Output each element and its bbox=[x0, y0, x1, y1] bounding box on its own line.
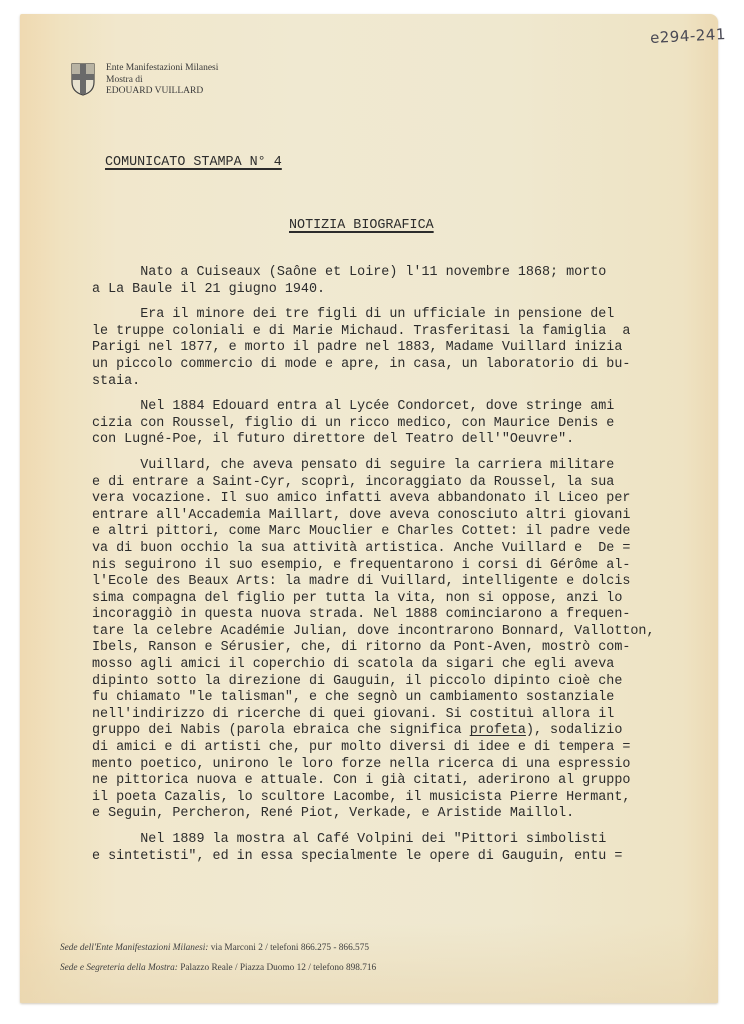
text-line: entrare all'Accademia Maillart, dove ave… bbox=[92, 508, 655, 525]
text-line: mosso agli amici il coperchio di scatola… bbox=[92, 657, 655, 674]
text-line: e di entrare a Saint-Cyr, scoprì, incora… bbox=[92, 475, 655, 492]
text-line: mento poetico, unirono le loro forze nel… bbox=[92, 757, 655, 774]
text-line: vera vocazione. Il suo amico infatti ave… bbox=[92, 491, 655, 508]
paragraph: Era il minore dei tre figli di un uffici… bbox=[92, 307, 655, 390]
footer-line-mostra: Sede e Segreteria della Mostra: Palazzo … bbox=[60, 963, 376, 973]
text-line: sima compagna del figlio per tutta la vi… bbox=[92, 591, 655, 608]
footer-line-ente: Sede dell'Ente Manifestazioni Milanesi: … bbox=[60, 943, 369, 953]
paragraph: Nato a Cuiseaux (Saône et Loire) l'11 no… bbox=[92, 265, 655, 298]
underlined-term: profeta bbox=[470, 723, 526, 738]
paragraph: Nel 1884 Edouard entra al Lycée Condorce… bbox=[92, 399, 655, 449]
text-line: Parigi nel 1877, e morto il padre nel 18… bbox=[92, 340, 655, 357]
text-line: e sintetisti", ed in essa specialmente l… bbox=[92, 849, 655, 866]
text-line: fu chiamato "le talisman", e che segnò u… bbox=[92, 690, 655, 707]
text-line: tare la celebre Académie Julian, dove in… bbox=[92, 624, 655, 641]
text-line: incoraggiò in questa nuova strada. Nel 1… bbox=[92, 607, 655, 624]
text-line: Vuillard, che aveva pensato di seguire l… bbox=[92, 458, 655, 475]
text-line: di amici e di artisti che, pur molto div… bbox=[92, 740, 655, 757]
letterhead-artist: EDOUARD VUILLARD bbox=[106, 86, 218, 98]
text-line: l'Ecole des Beaux Arts: la madre di Vuil… bbox=[92, 574, 655, 591]
shield-cross-icon bbox=[70, 62, 96, 96]
paragraph: Nel 1889 la mostra al Café Volpini dei "… bbox=[92, 832, 655, 865]
text-line: Nato a Cuiseaux (Saône et Loire) l'11 no… bbox=[92, 265, 655, 282]
paragraph: Vuillard, che aveva pensato di seguire l… bbox=[92, 458, 655, 823]
footer-label: Sede dell'Ente Manifestazioni Milanesi: bbox=[60, 943, 208, 953]
text-line: Nel 1884 Edouard entra al Lycée Condorce… bbox=[92, 399, 655, 416]
text-line: con Lugné-Poe, il futuro direttore del T… bbox=[92, 432, 655, 449]
text-line: nell'indirizzo di ricerche di quei giova… bbox=[92, 707, 655, 724]
text-line: un piccolo commercio di mode e apre, in … bbox=[92, 357, 655, 374]
text-line: ne pittorica nuova e attuale. Con i già … bbox=[92, 773, 655, 790]
footer-text: Palazzo Reale / Piazza Duomo 12 / telefo… bbox=[178, 963, 376, 973]
text-line: Ibels, Ranson e Sérusier, che, di ritorn… bbox=[92, 640, 655, 657]
text-line: gruppo dei Nabis (parola ebraica che sig… bbox=[92, 723, 655, 740]
letterhead: Ente Manifestazioni Milanesi Mostra di E… bbox=[106, 63, 218, 98]
footer-label: Sede e Segreteria della Mostra: bbox=[60, 963, 178, 973]
letterhead-subtitle: Mostra di bbox=[106, 75, 218, 87]
text-line: il poeta Cazalis, lo scultore Lacombe, i… bbox=[92, 790, 655, 807]
footer-text: via Marconi 2 / telefoni 866.275 - 866.5… bbox=[208, 943, 369, 953]
text-line: le truppe coloniali e di Marie Michaud. … bbox=[92, 324, 655, 341]
text-line: Era il minore dei tre figli di un uffici… bbox=[92, 307, 655, 324]
text-line: e Seguin, Percheron, René Piot, Verkade,… bbox=[92, 806, 655, 823]
section-title: NOTIZIA BIOGRAFICA bbox=[289, 218, 434, 233]
text-line: staia. bbox=[92, 374, 655, 391]
text-line: cizia con Roussel, figlio di un ricco me… bbox=[92, 416, 655, 433]
text-line: nis seguirono il suo esempio, e frequent… bbox=[92, 558, 655, 575]
text-line: e altri pittori, come Marc Mouclier e Ch… bbox=[92, 524, 655, 541]
release-number: COMUNICATO STAMPA N° 4 bbox=[105, 155, 282, 170]
text-line: Nel 1889 la mostra al Café Volpini dei "… bbox=[92, 832, 655, 849]
text-line: dipinto sotto la direzione di Gauguin, i… bbox=[92, 674, 655, 691]
text-line: va di buon occhio la sua attività artist… bbox=[92, 541, 655, 558]
body-text: Nato a Cuiseaux (Saône et Loire) l'11 no… bbox=[92, 265, 655, 865]
text-line: a La Baule il 21 giugno 1940. bbox=[92, 282, 655, 299]
letterhead-org: Ente Manifestazioni Milanesi bbox=[106, 63, 218, 75]
